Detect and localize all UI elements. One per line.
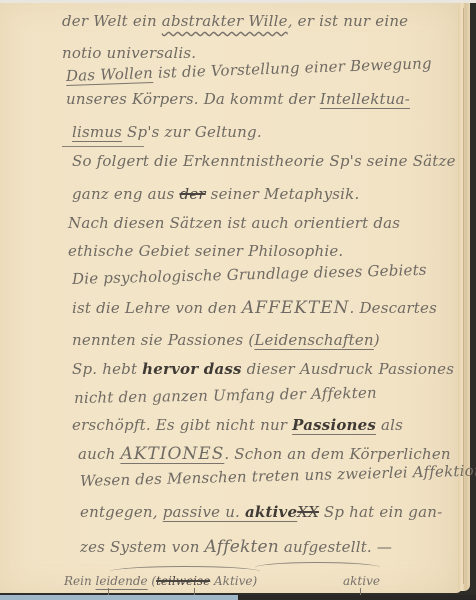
emphasized-phrase: hervor dass — [142, 360, 242, 378]
manuscript-line-16: auch AKTIONES. Schon an dem Körperlichen — [78, 444, 451, 464]
line-text: . Schon an dem Körperlichen — [224, 445, 450, 463]
line-text: Nach diesen Sätzen ist auch orientiert d… — [68, 214, 400, 232]
underlined-phrase: Das Wollen — [66, 64, 154, 85]
line-text: ganz eng aus — [72, 185, 179, 203]
line-text: notio universalis. — [62, 44, 196, 62]
footnote-text: ( — [148, 574, 157, 588]
line-text: auch — [78, 445, 120, 463]
underlined-phrase: Passiones — [292, 416, 376, 434]
manuscript-line-8: Nach diesen Sätzen ist auch orientiert d… — [68, 214, 400, 232]
line-text: der Welt ein — [62, 12, 162, 30]
line-text: erschöpft. Es gibt nicht nur — [72, 416, 292, 434]
section-divider — [62, 146, 144, 147]
line-text: aufgestellt. — — [279, 538, 392, 556]
line-text: ist die Lehre von den — [72, 299, 242, 317]
line-text: ) — [374, 331, 380, 349]
manuscript-line-15: erschöpft. Es gibt nicht nur Passiones a… — [72, 416, 403, 434]
underlined-phrase: abstrakter Wille — [162, 12, 288, 30]
line-text: unseres Körpers. Da kommt der — [66, 90, 320, 108]
struck-mark: XX — [297, 503, 319, 521]
line-text: entgegen, — [80, 503, 163, 521]
line-text: als — [376, 416, 403, 434]
underlined-phrase: passive u. — [163, 503, 245, 521]
line-text: . Descartes — [350, 299, 437, 317]
emphasized-word: aktive — [245, 503, 297, 521]
manuscript-line-2: notio universalis. — [62, 44, 196, 62]
line-text: dieser Ausdruck Passiones — [242, 360, 454, 378]
manuscript-line-1: der Welt ein abstrakter Wille, er ist nu… — [62, 12, 408, 30]
line-text: Sp's zur Geltung. — [122, 123, 262, 141]
scan-bottom-edge-left — [0, 595, 238, 600]
footnote-left: Rein leidende (teilweise Aktive) — [64, 574, 257, 588]
line-text: Sp hat ein gan- — [319, 503, 442, 521]
manuscript-line-19: zes System von Affekten aufgestellt. — — [80, 537, 392, 557]
struck-word: der — [179, 185, 205, 203]
line-text: , er ist nur eine — [288, 12, 409, 30]
line-text: zes System von — [80, 538, 205, 556]
footnote-text: Aktive) — [210, 574, 257, 588]
page-stack-edge — [458, 3, 470, 591]
line-text: nennten sie Passiones ( — [72, 331, 254, 349]
line-text: Sp. hebt — [72, 360, 142, 378]
emphasized-word: Affekten — [205, 537, 279, 557]
page-edge-line — [463, 8, 464, 584]
scan-bottom-edge-right — [238, 595, 476, 600]
manuscript-line-12: nennten sie Passiones (Leidenschaften) — [72, 331, 380, 349]
manuscript-line-5: lismus Sp's zur Geltung. — [72, 123, 262, 141]
manuscript-line-11: ist die Lehre von den AFFEKTEN. Descarte… — [72, 298, 437, 318]
brace-right — [255, 562, 380, 573]
underlined-phrase: leidende — [96, 574, 148, 588]
line-text: seiner Metaphysik. — [206, 185, 360, 203]
scanned-page: der Welt ein abstrakter Wille, er ist nu… — [0, 0, 476, 600]
underlined-phrase: Leidenschaften — [254, 331, 373, 349]
line-text: So folgert die Erkenntnistheorie Sp's se… — [72, 152, 456, 170]
struck-word: teilweise — [156, 574, 210, 588]
underlined-phrase: AKTIONES — [120, 444, 224, 464]
manuscript-line-7: ganz eng aus der seiner Metaphysik. — [72, 185, 359, 203]
underlined-phrase: lismus — [72, 123, 122, 141]
footnote-right: aktive — [343, 574, 380, 588]
line-text: ethische Gebiet seiner Philosophie. — [68, 242, 343, 260]
footnote-text: Rein — [64, 574, 96, 588]
manuscript-line-6: So folgert die Erkenntnistheorie Sp's se… — [72, 152, 456, 170]
manuscript-line-4: unseres Körpers. Da kommt der Intellektu… — [66, 90, 410, 108]
manuscript-line-13: Sp. hebt hervor dass dieser Ausdruck Pas… — [72, 360, 454, 378]
footnote-text: aktive — [343, 574, 380, 588]
manuscript-line-9: ethische Gebiet seiner Philosophie. — [68, 242, 343, 260]
underlined-phrase: Intellektua- — [320, 90, 410, 108]
emphasized-word: AFFEKTEN — [242, 298, 350, 318]
manuscript-line-18: entgegen, passive u. aktiveXX Sp hat ein… — [80, 503, 442, 521]
